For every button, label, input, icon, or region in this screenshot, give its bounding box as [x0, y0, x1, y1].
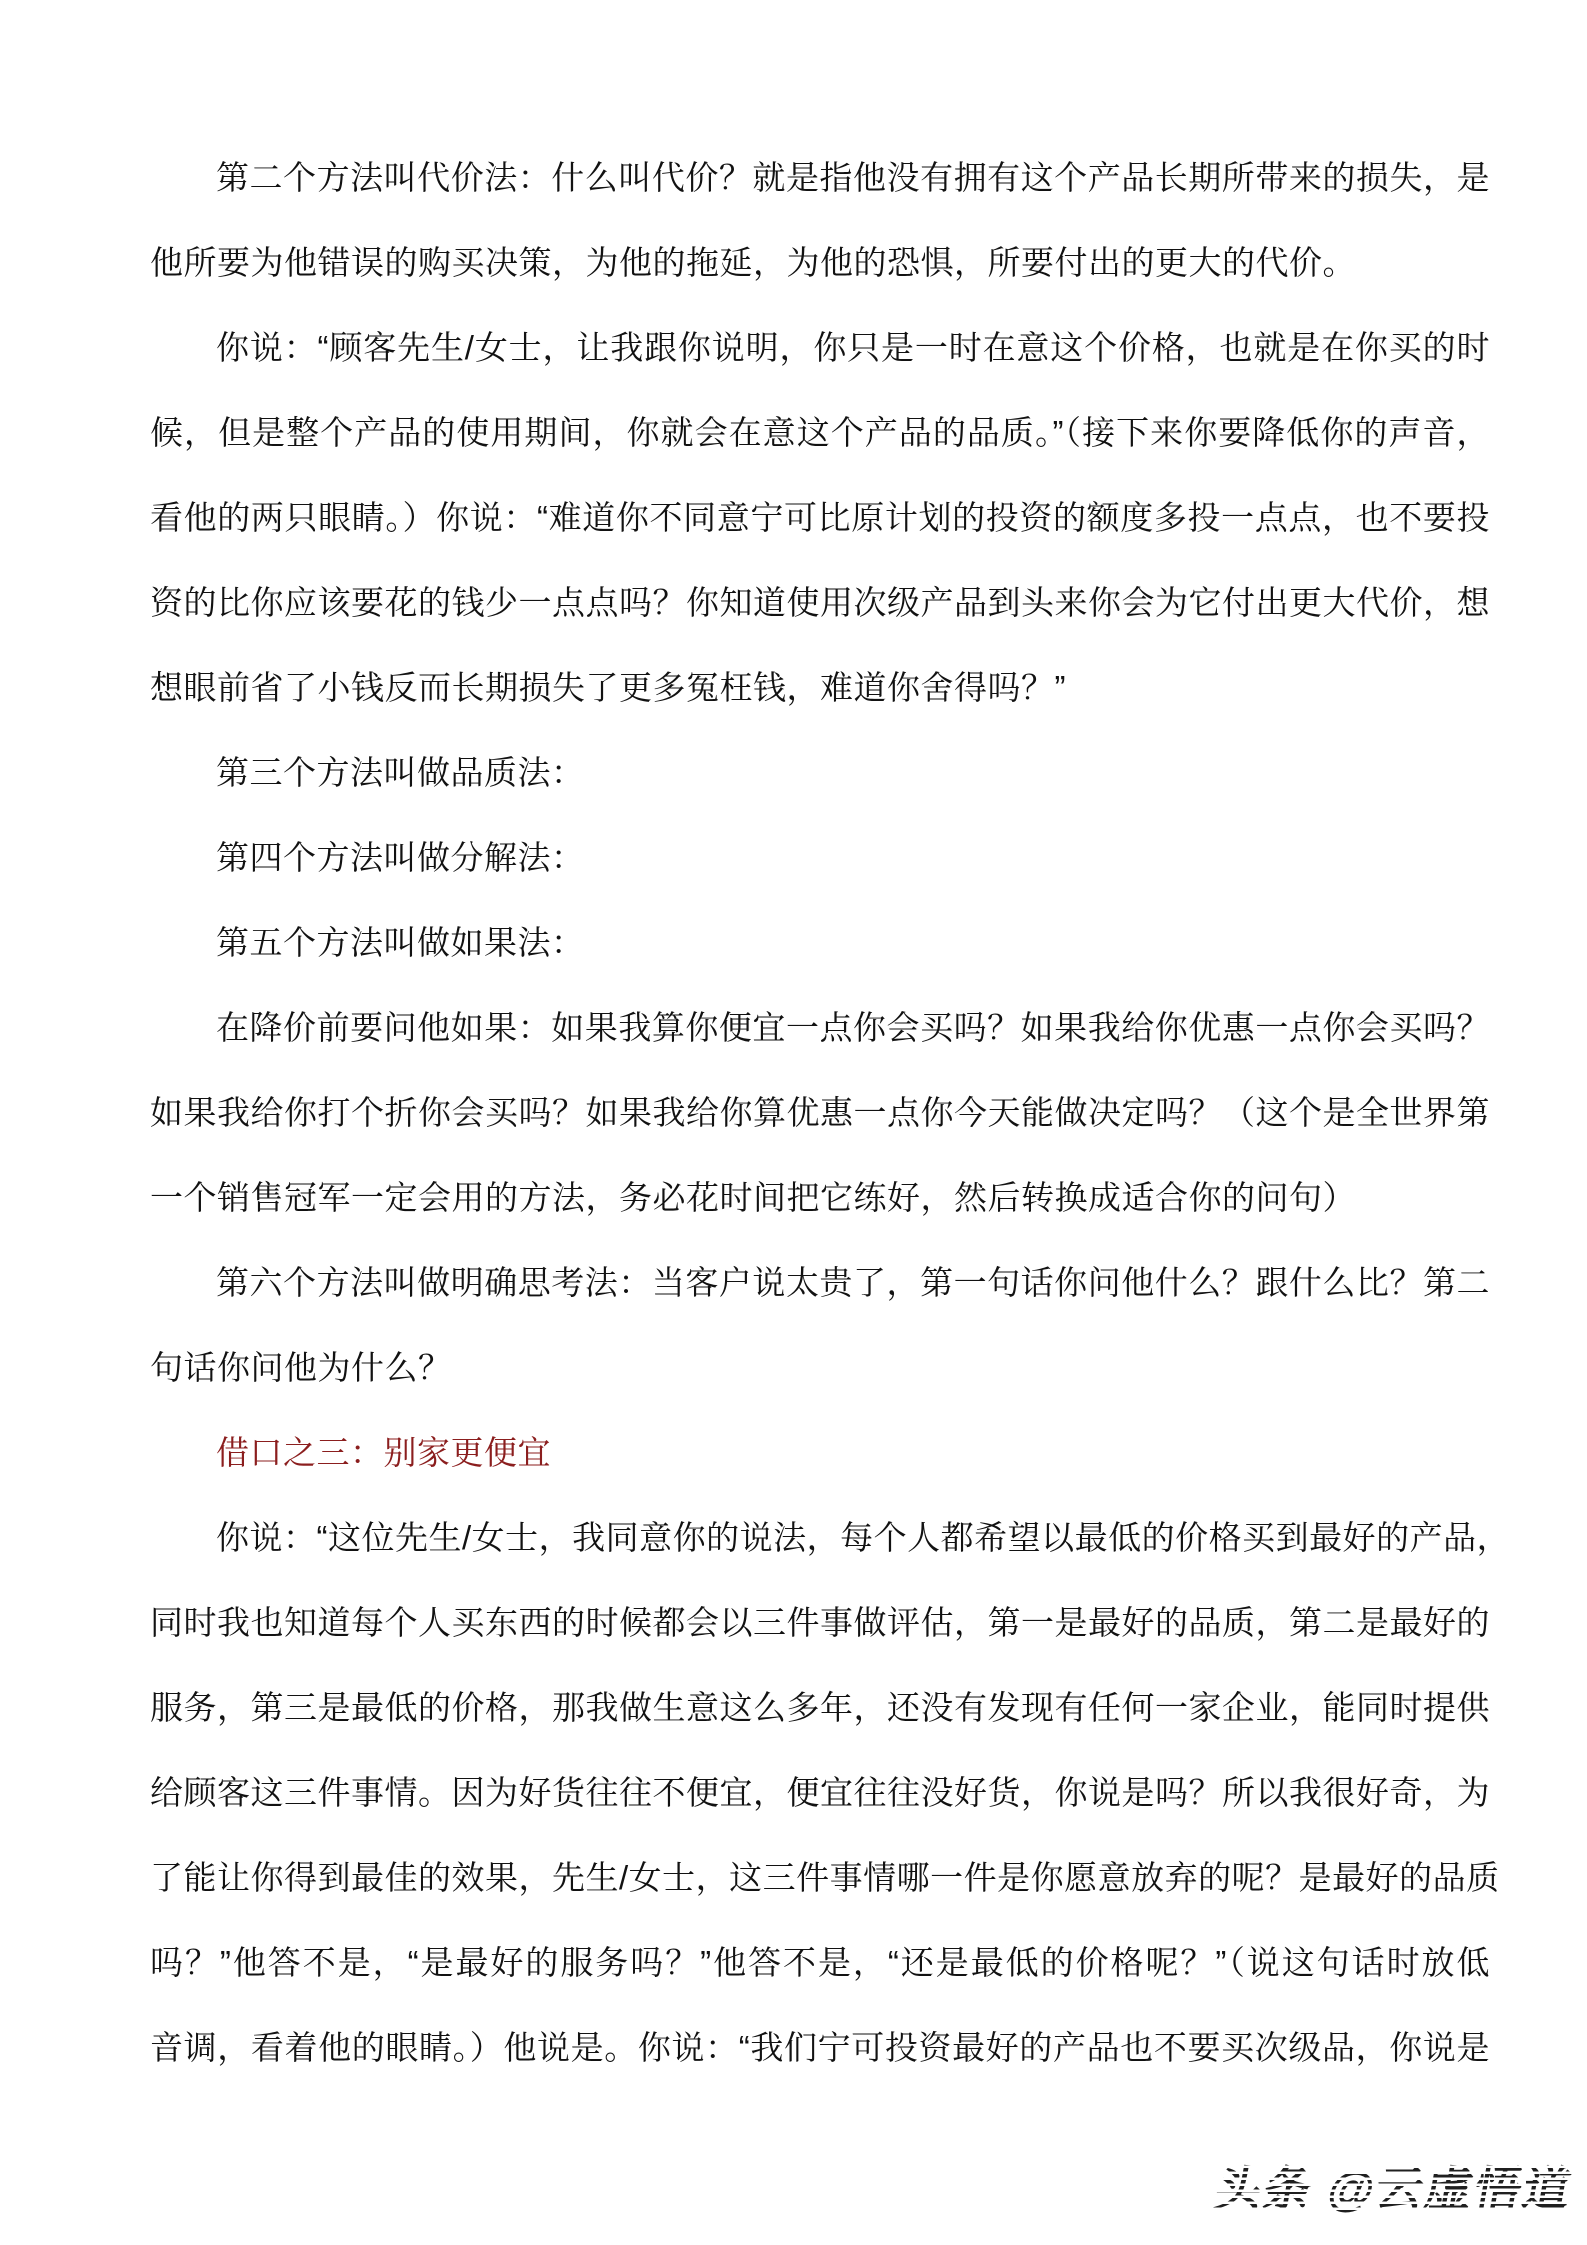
paragraph: 第六个方法叫做明确思考法：当客户说太贵了，第一句话你问他什么？跟什么比？第二句话…	[150, 1240, 1490, 1410]
heading-text-line: 借口之三：别家更便宜	[150, 1410, 1490, 1495]
text-line: 第五个方法叫做如果法：	[150, 900, 1490, 985]
text-line: 在降价前要问他如果：如果我算你便宜一点你会买吗？如果我给你优惠一点你会买吗？	[150, 985, 1490, 1070]
text-line: 第二个方法叫代价法：什么叫代价？就是指他没有拥有这个产品长期所带来的损失，是	[150, 135, 1490, 220]
text-line: 第三个方法叫做品质法：	[150, 730, 1490, 815]
paragraph: 在降价前要问他如果：如果我算你便宜一点你会买吗？如果我给你优惠一点你会买吗？如果…	[150, 985, 1490, 1240]
text-line: 音调，看着他的眼睛。）他说是。你说：“我们宁可投资最好的产品也不要买次级品，你说…	[150, 2005, 1490, 2090]
paragraph: 第三个方法叫做品质法：	[150, 730, 1490, 815]
text-line: 一个销售冠军一定会用的方法，务必花时间把它练好，然后转换成适合你的问句）	[150, 1155, 1490, 1240]
text-line: 如果我给你打个折你会买吗？如果我给你算优惠一点你今天能做决定吗？（这个是全世界第	[150, 1070, 1490, 1155]
paragraph: 第二个方法叫代价法：什么叫代价？就是指他没有拥有这个产品长期所带来的损失，是他所…	[150, 135, 1490, 305]
text-line: 他所要为他错误的购买决策，为他的拖延，为他的恐惧，所要付出的更大的代价。	[150, 220, 1490, 305]
text-line: 句话你问他为什么？	[150, 1325, 1490, 1410]
paragraph: 第四个方法叫做分解法：	[150, 815, 1490, 900]
text-line: 你说：“顾客先生/女士，让我跟你说明，你只是一时在意这个价格，也就是在你买的时	[150, 305, 1490, 390]
document-body: 第二个方法叫代价法：什么叫代价？就是指他没有拥有这个产品长期所带来的损失，是他所…	[150, 135, 1490, 2090]
paragraph: 你说：“这位先生/女士，我同意你的说法，每个人都希望以最低的价格买到最好的产品，…	[150, 1495, 1490, 2090]
text-line: 想眼前省了小钱反而长期损失了更多冤枉钱，难道你舍得吗？”	[150, 645, 1490, 730]
text-line: 第四个方法叫做分解法：	[150, 815, 1490, 900]
watermark-text: 头条 @云虚悟道	[1211, 2162, 1577, 2215]
text-line: 看他的两只眼睛。）你说：“难道你不同意宁可比原计划的投资的额度多投一点点，也不要…	[150, 475, 1490, 560]
text-line: 服务，第三是最低的价格，那我做生意这么多年，还没有发现有任何一家企业，能同时提供	[150, 1665, 1490, 1750]
text-line: 你说：“这位先生/女士，我同意你的说法，每个人都希望以最低的价格买到最好的产品，	[150, 1495, 1490, 1580]
text-line: 第六个方法叫做明确思考法：当客户说太贵了，第一句话你问他什么？跟什么比？第二	[150, 1240, 1490, 1325]
paragraph: 第五个方法叫做如果法：	[150, 900, 1490, 985]
text-line: 同时我也知道每个人买东西的时候都会以三件事做评估，第一是最好的品质，第二是最好的	[150, 1580, 1490, 1665]
text-line: 给顾客这三件事情。因为好货往往不便宜，便宜往往没好货，你说是吗？所以我很好奇，为	[150, 1750, 1490, 1835]
text-line: 了能让你得到最佳的效果，先生/女士，这三件事情哪一件是你愿意放弃的呢？是最好的品…	[150, 1835, 1490, 1920]
paragraph: 你说：“顾客先生/女士，让我跟你说明，你只是一时在意这个价格，也就是在你买的时候…	[150, 305, 1490, 730]
watermark: 头条 @云虚悟道	[1210, 2152, 1579, 2219]
text-line: 资的比你应该要花的钱少一点点吗？你知道使用次级产品到头来你会为它付出更大代价，想	[150, 560, 1490, 645]
text-line: 吗？”他答不是，“是最好的服务吗？”他答不是，“还是最低的价格呢？”（说这句话时…	[150, 1920, 1490, 2005]
text-line: 候，但是整个产品的使用期间，你就会在意这个产品的品质。”（接下来你要降低你的声音…	[150, 390, 1490, 475]
section-heading: 借口之三：别家更便宜	[150, 1410, 1490, 1495]
document-page: 第二个方法叫代价法：什么叫代价？就是指他没有拥有这个产品长期所带来的损失，是他所…	[0, 0, 1587, 2245]
